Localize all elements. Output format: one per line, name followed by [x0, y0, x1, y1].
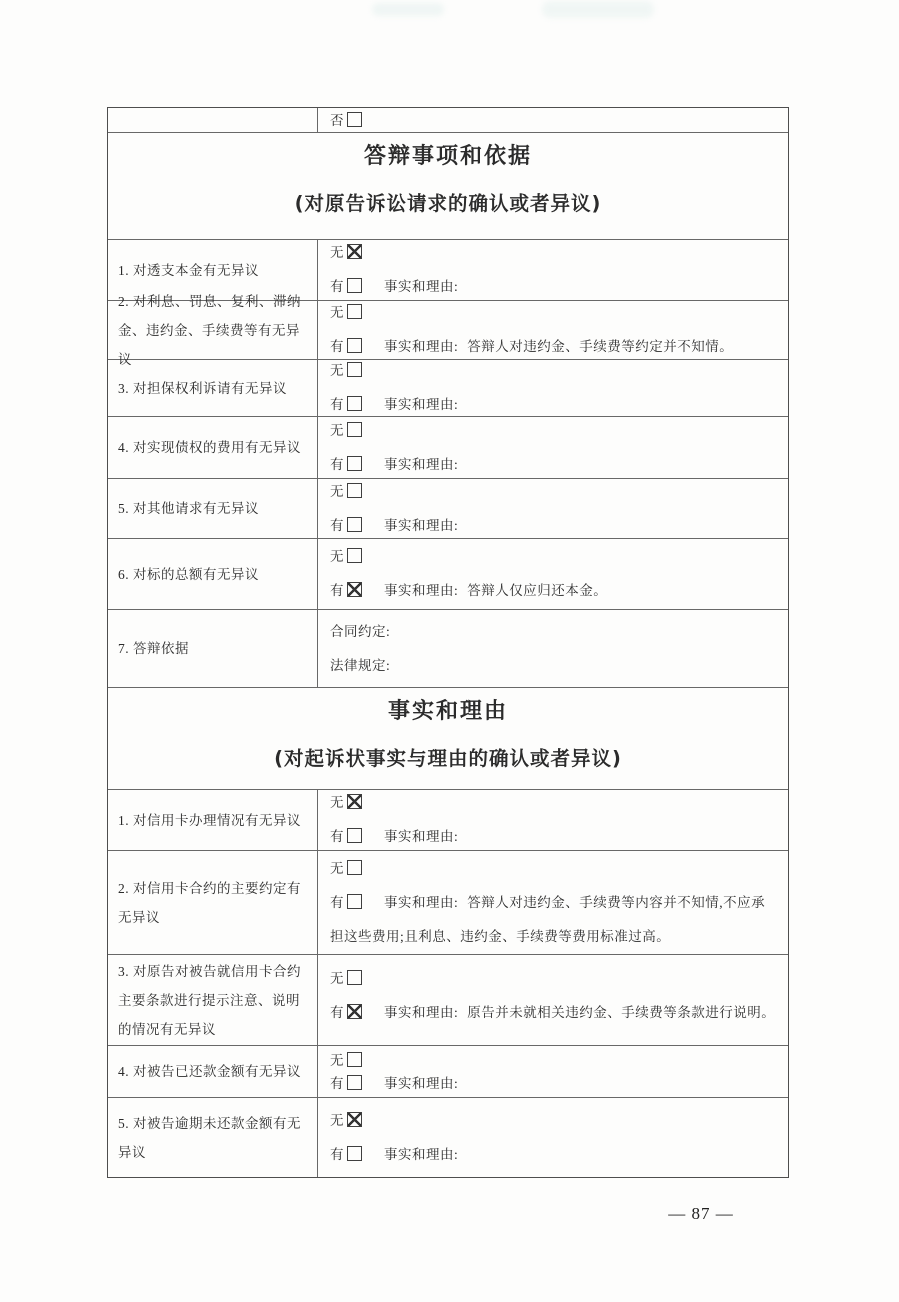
you-label: 有 [330, 457, 344, 472]
reason-text: 原告并未就相关违约金、手续费等条款进行说明。 [467, 1005, 775, 1020]
table-row: 5. 对被告逾期未还款金额有无异议 无 有事实和理由: [108, 1097, 788, 1177]
answer-cell: 合同约定: 法律规定: [318, 610, 788, 687]
you-label: 有 [330, 397, 344, 412]
wu-checkbox [347, 548, 362, 563]
reason-prefix: 事实和理由: [384, 279, 458, 294]
wu-checkbox [347, 860, 362, 875]
wu-checkbox [347, 970, 362, 985]
table-row: 5. 对其他请求有无异议 无 有事实和理由: [108, 478, 788, 538]
wu-checkbox [347, 1112, 362, 1127]
you-label: 有 [330, 1005, 344, 1020]
answer-cell: 无 有事实和理由:答辩人仅应归还本金。 [318, 539, 788, 609]
wu-checkbox [347, 483, 362, 498]
you-option: 有事实和理由: [330, 1072, 778, 1095]
reason-text: 答辩人仅应归还本金。 [467, 583, 607, 598]
question-label: 5. 对被告逾期未还款金额有无异议 [108, 1098, 318, 1177]
section1-subtitle: (对原告诉讼请求的确认或者异议) [295, 189, 602, 219]
table-row: 3. 对原告对被告就信用卡合约主要条款进行提示注意、说明的情况有无异议 无 有事… [108, 954, 788, 1045]
question-label: 3. 对原告对被告就信用卡合约主要条款进行提示注意、说明的情况有无异议 [108, 955, 318, 1045]
wu-label: 无 [330, 1113, 344, 1128]
wu-option: 无 [330, 1104, 778, 1138]
wu-label: 无 [330, 549, 344, 564]
wu-checkbox [347, 422, 362, 437]
reason-prefix: 事实和理由: [384, 457, 458, 472]
answer-cell: 无 有事实和理由: [318, 417, 788, 478]
question-label: 7. 答辩依据 [108, 610, 318, 687]
you-label: 有 [330, 1076, 344, 1091]
wu-option: 无 [330, 236, 778, 270]
table-row: 2. 对利息、罚息、复利、滞纳金、违约金、手续费等有无异议 无 有事实和理由:答… [108, 300, 788, 359]
reason-prefix: 事实和理由: [384, 895, 458, 910]
question-label: 5. 对其他请求有无异议 [108, 479, 318, 538]
wu-label: 无 [330, 971, 344, 986]
section2-subtitle: (对起诉状事实与理由的确认或者异议) [274, 744, 622, 774]
you-checkbox [347, 517, 362, 532]
you-checkbox [347, 278, 362, 293]
reason-prefix: 事实和理由: [384, 339, 458, 354]
answer-cell: 无 有事实和理由:答辩人对违约金、手续费等约定并不知情。 [318, 301, 788, 359]
you-label: 有 [330, 583, 344, 598]
answer-cell: 无 有事实和理由:原告并未就相关违约金、手续费等条款进行说明。 [318, 955, 788, 1045]
table-row: 6. 对标的总额有无异议 无 有事实和理由:答辩人仅应归还本金。 [108, 538, 788, 609]
answer-cell: 无 有事实和理由: [318, 1098, 788, 1177]
wu-checkbox [347, 244, 362, 259]
wu-label: 无 [330, 861, 344, 876]
section2-header: 事实和理由 (对起诉状事实与理由的确认或者异议) [108, 687, 788, 789]
wu-label: 无 [330, 484, 344, 499]
you-checkbox [347, 582, 362, 597]
section1-header: 答辩事项和依据 (对原告诉讼请求的确认或者异议) [108, 132, 788, 239]
you-label: 有 [330, 518, 344, 533]
you-checkbox [347, 338, 362, 353]
wu-option: 无 [330, 354, 778, 388]
reason-prefix: 事实和理由: [384, 1147, 458, 1162]
page-number: — 87 — [636, 1204, 766, 1224]
wu-checkbox [347, 304, 362, 319]
you-checkbox [347, 396, 362, 411]
question-label: 1. 对信用卡办理情况有无异议 [108, 790, 318, 850]
you-option: 有事实和理由:答辩人仅应归还本金。 [330, 574, 778, 608]
table-row: 4. 对被告已还款金额有无异议 无 有事实和理由: [108, 1045, 788, 1097]
table-row-no-option: 否 [108, 108, 788, 132]
answer-cell: 无 有事实和理由: [318, 240, 788, 300]
section1-title: 答辩事项和依据 [364, 142, 532, 172]
no-option-cell: 否 [318, 108, 788, 132]
question-label: 6. 对标的总额有无异议 [108, 539, 318, 609]
you-checkbox [347, 894, 362, 909]
you-checkbox [347, 1004, 362, 1019]
no-option-line: 否 [330, 109, 778, 132]
wu-option: 无 [330, 296, 778, 330]
wu-option: 无 [330, 1049, 778, 1072]
wu-option: 无 [330, 475, 778, 509]
question-label: 2. 对信用卡合约的主要约定有无异议 [108, 851, 318, 954]
wu-option: 无 [330, 540, 778, 574]
wu-label: 无 [330, 795, 344, 810]
reason-prefix: 事实和理由: [384, 397, 458, 412]
wu-checkbox [347, 362, 362, 377]
empty-cell [108, 108, 318, 132]
you-checkbox [347, 1075, 362, 1090]
legal-provision-line: 法律规定: [330, 649, 778, 683]
wu-label: 无 [330, 245, 344, 260]
reason-prefix: 事实和理由: [384, 518, 458, 533]
you-checkbox [347, 456, 362, 471]
you-option: 有事实和理由:原告并未就相关违约金、手续费等条款进行说明。 [330, 996, 778, 1030]
section2-title: 事实和理由 [388, 697, 508, 727]
you-label: 有 [330, 829, 344, 844]
no-label: 否 [330, 113, 344, 128]
wu-option: 无 [330, 962, 778, 996]
table-row-defense-basis: 7. 答辩依据 合同约定: 法律规定: [108, 609, 788, 687]
you-label: 有 [330, 895, 344, 910]
you-option: 有事实和理由: [330, 820, 778, 854]
question-label: 4. 对实现债权的费用有无异议 [108, 417, 318, 478]
you-checkbox [347, 828, 362, 843]
you-label: 有 [330, 279, 344, 294]
you-option: 有事实和理由: [330, 1138, 778, 1172]
contract-terms-line: 合同约定: [330, 615, 778, 649]
wu-label: 无 [330, 1053, 344, 1068]
you-label: 有 [330, 1147, 344, 1162]
reason-prefix: 事实和理由: [384, 1005, 458, 1020]
answer-cell: 无 有事实和理由:答辩人对违约金、手续费等内容并不知情,不应承担这些费用;且利息… [318, 851, 788, 954]
wu-option: 无 [330, 852, 778, 886]
question-label: 3. 对担保权利诉请有无异议 [108, 360, 318, 416]
table-row: 3. 对担保权利诉请有无异议 无 有事实和理由: [108, 359, 788, 416]
wu-option: 无 [330, 786, 778, 820]
wu-label: 无 [330, 363, 344, 378]
watermark-smudge [542, 1, 654, 18]
wu-checkbox [347, 1052, 362, 1067]
you-label: 有 [330, 339, 344, 354]
question-label: 2. 对利息、罚息、复利、滞纳金、违约金、手续费等有无异议 [108, 301, 318, 359]
reason-prefix: 事实和理由: [384, 583, 458, 598]
reason-text: 答辩人对违约金、手续费等约定并不知情。 [467, 339, 733, 354]
reason-prefix: 事实和理由: [384, 829, 458, 844]
answer-cell: 无 有事实和理由: [318, 790, 788, 850]
answer-cell: 无 有事实和理由: [318, 1046, 788, 1097]
question-label: 4. 对被告已还款金额有无异议 [108, 1046, 318, 1097]
you-option: 有事实和理由: [330, 509, 778, 543]
wu-label: 无 [330, 423, 344, 438]
answer-cell: 无 有事实和理由: [318, 360, 788, 416]
you-checkbox [347, 1146, 362, 1161]
table-row: 1. 对信用卡办理情况有无异议 无 有事实和理由: [108, 789, 788, 850]
wu-label: 无 [330, 305, 344, 320]
wu-checkbox [347, 794, 362, 809]
defense-form-table: 否 答辩事项和依据 (对原告诉讼请求的确认或者异议) 1. 对透支本金有无异议 … [107, 107, 789, 1178]
table-row: 4. 对实现债权的费用有无异议 无 有事实和理由: [108, 416, 788, 478]
you-option: 有事实和理由:答辩人对违约金、手续费等内容并不知情,不应承担这些费用;且利息、违… [330, 886, 778, 954]
table-row: 2. 对信用卡合约的主要约定有无异议 无 有事实和理由:答辩人对违约金、手续费等… [108, 850, 788, 954]
wu-option: 无 [330, 414, 778, 448]
no-checkbox [347, 112, 362, 127]
answer-cell: 无 有事实和理由: [318, 479, 788, 538]
reason-prefix: 事实和理由: [384, 1076, 458, 1091]
watermark-smudge [372, 3, 444, 16]
